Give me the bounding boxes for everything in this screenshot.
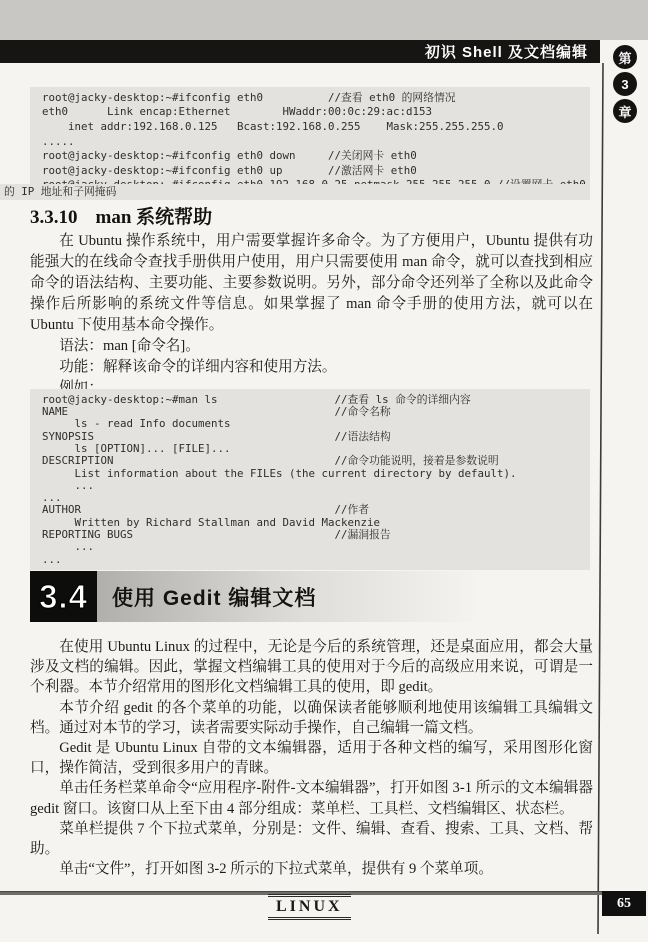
paragraph: 单击任务栏菜单命令“应用程序-附件-文本编辑器”，打开如图 3-1 所示的文本编… [30,778,593,818]
terminal-line: ... [42,480,590,492]
terminal-block-man-ls: root@jacky-desktop:~#man ls //查看 ls 命令的详… [30,389,590,570]
scan-top-strip [0,0,648,40]
linux-logo: LINUX [268,894,351,920]
chapter-badge: 章 [613,99,637,123]
chapter-badge: 第 [613,45,637,69]
paragraph: 本节介绍 gedit 的各个菜单的功能，以确保读者能够顺利地使用该编辑工具编辑文… [30,698,593,738]
terminal-line: List information about the FILEs (the cu… [42,468,590,480]
terminal-line: root@jacky-desktop:~#ifconfig eth0 down … [42,149,590,164]
terminal-line: ls - read Info documents [42,418,590,430]
terminal-line: root@jacky-desktop:~#ifconfig eth0 up //… [42,164,590,179]
terminal-line: ..... [42,135,590,150]
paragraph: 在使用 Ubuntu Linux 的过程中，无论是今后的系统管理，还是桌面应用，… [30,637,593,698]
section-banner-bar: 使用 Gedit 编辑文档 [97,571,591,622]
section-banner-title: 使用 Gedit 编辑文档 [112,582,316,612]
paragraph: 单击“文件”，打开如图 3-2 所示的下拉式菜单，提供有 9 个菜单项。 [30,859,593,879]
section-title: man 系统帮助 [96,207,213,228]
terminal-line: ... [42,554,590,566]
section-banner-3-4: 3.4 使用 Gedit 编辑文档 [30,571,591,622]
section-3-4-body: 在使用 Ubuntu Linux 的过程中，无论是今后的系统管理，还是桌面应用，… [30,637,593,879]
terminal-line: inet addr:192.168.0.125 Bcast:192.168.0.… [42,120,590,135]
section-number-box: 3.4 [30,571,97,622]
section-number: 3.3.10 [30,207,78,228]
terminal-line: DESCRIPTION //命令功能说明，接着是参数说明 [42,455,590,467]
chapter-badge: 3 [613,72,637,96]
chapter-side-badges: 第3章 [613,45,637,123]
paragraph: Gedit 是 Ubuntu Linux 自带的文本编辑器，适用于各种文档的编写… [30,738,593,778]
syntax-line: 语法：man [命令名]。 [30,336,593,357]
page-header-bar: 初识 Shell 及文档编辑 [0,40,600,63]
terminal-line: eth0 Link encap:Ethernet HWaddr:00:0c:29… [42,105,590,120]
section-heading-3-3-10: 3.3.10man 系统帮助 [30,202,212,229]
page-number: 65 [602,891,646,916]
terminal-line: REPORTING BUGS //漏洞报告 [42,529,590,541]
chapter-header-title: 初识 Shell 及文档编辑 [425,41,588,62]
terminal-line: AUTHOR //作者 [42,504,590,516]
terminal-line: ... [42,541,590,553]
terminal-block-ifconfig: root@jacky-desktop:~#ifconfig eth0 //查看 … [30,87,590,195]
terminal-line: root@jacky-desktop:~#ifconfig eth0 //查看 … [42,91,590,106]
function-line: 功能：解释该命令的详细内容和使用方法。 [30,357,593,378]
terminal-wrap-line: 的 IP 地址和子网掩码 [0,184,590,200]
paragraph: 菜单栏提供 7 个下拉式菜单，分别是：文件、编辑、查看、搜索、工具、文档、帮助。 [30,819,593,859]
paragraph-man-intro: 在 Ubuntu 操作系统中，用户需要掌握许多命令。为了方便用户，Ubuntu … [30,231,593,336]
section-3-3-10-body: 在 Ubuntu 操作系统中，用户需要掌握许多命令。为了方便用户，Ubuntu … [30,231,593,399]
